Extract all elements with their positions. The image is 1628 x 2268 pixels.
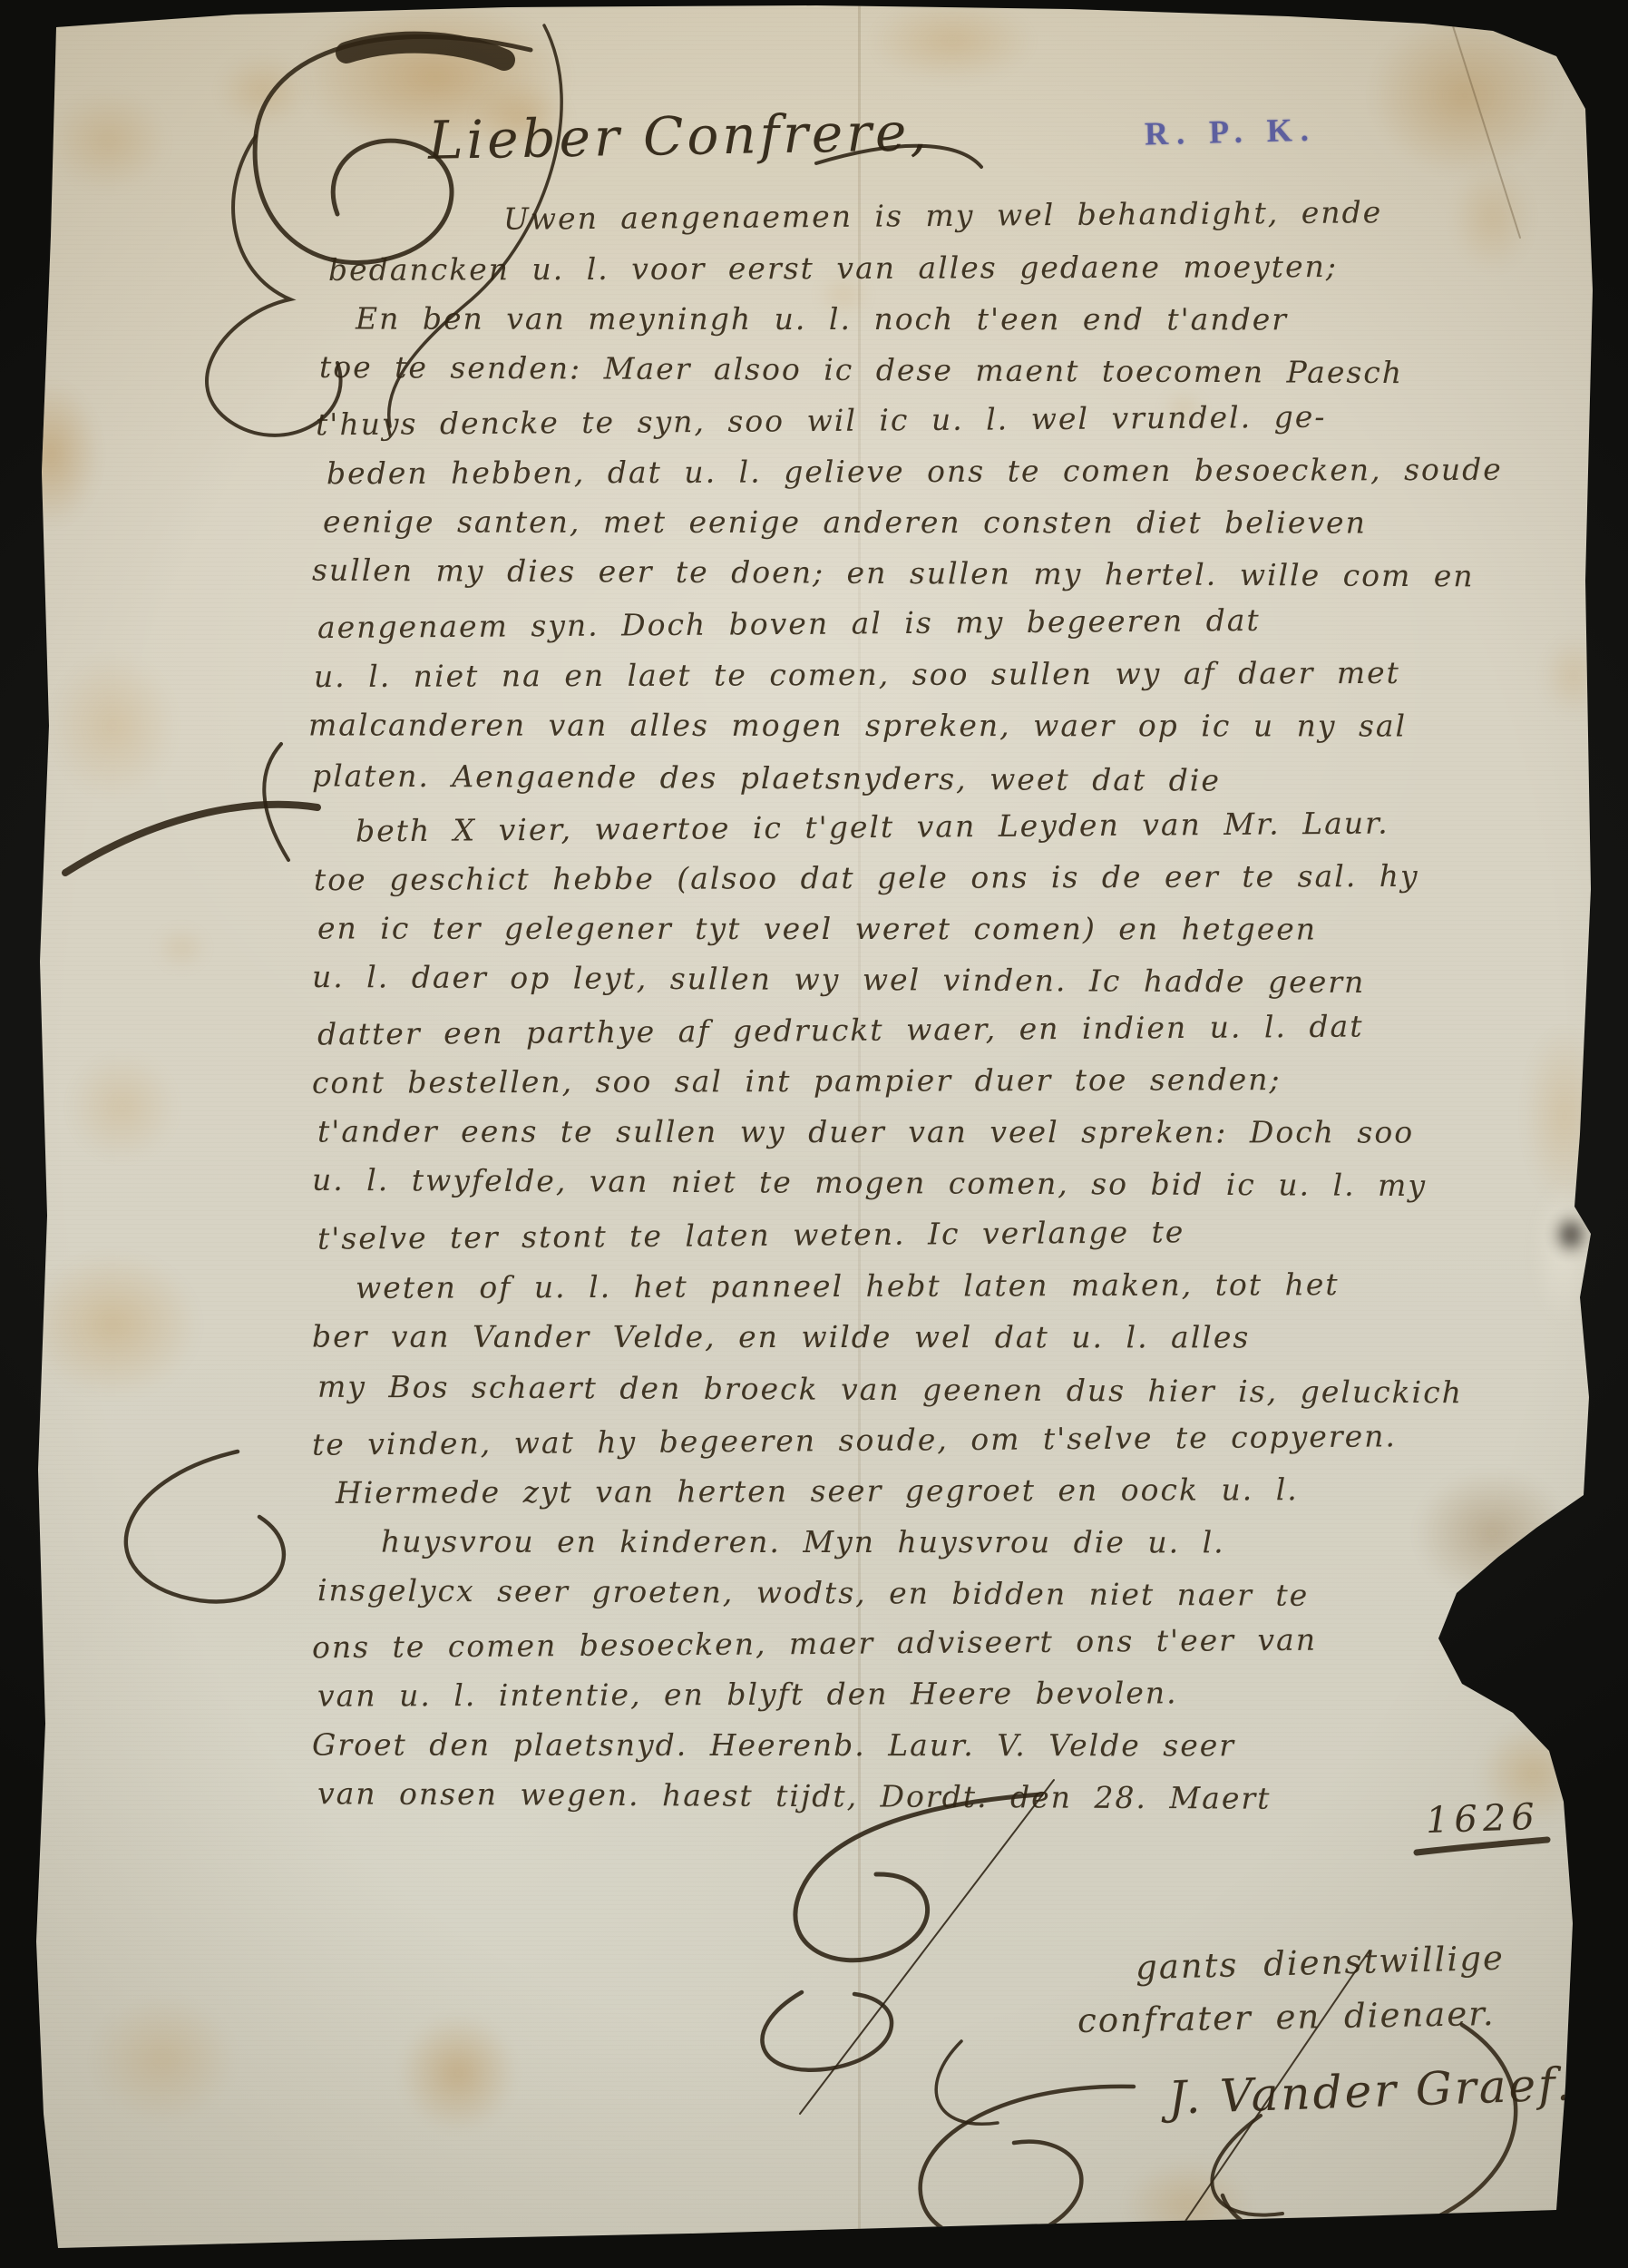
manuscript-line: huysvrou en kinderen. Myn huysvrou die u… — [381, 1524, 1225, 1560]
manuscript-line: t'ander eens te sullen wy duer van veel … — [317, 1113, 1414, 1149]
manuscript-line: weten of u. l. het panneel hebt laten ma… — [356, 1266, 1340, 1305]
manuscript-line: platen. Aengaende des plaetsnyders, weet… — [312, 758, 1221, 797]
manuscript-line: toe te senden: Maer alsoo ic dese maent … — [319, 349, 1403, 390]
manuscript-line: van u. l. intentie, en blyft den Heere b… — [317, 1675, 1178, 1713]
manuscript-line: datter een parthye af gedruckt waer, en … — [317, 1008, 1364, 1051]
paper-stain — [871, 0, 1034, 82]
paper-stain — [1415, 1470, 1569, 1597]
manuscript-line: ons te comen besoecken, maer adviseert o… — [312, 1622, 1317, 1666]
manuscript-line: beth X vier, waertoe ic t'gelt van Leyde… — [356, 806, 1389, 849]
manuscript-line: van onsen wegen. haest tijdt, Dordt. den… — [317, 1775, 1272, 1816]
manuscript-line: Uwen aengenaemen is my wel behandight, e… — [503, 194, 1383, 237]
letter-salutation: Lieber Confrere, — [427, 101, 931, 171]
manuscript-line: eenige santen, met eenige anderen conste… — [323, 503, 1367, 540]
paper-stain — [218, 54, 308, 127]
manuscript-line: t'huys dencke te syn, soo wil ic u. l. w… — [316, 399, 1327, 443]
paper-stain — [27, 1252, 200, 1397]
manuscript-line: aengenaem syn. Doch boven al is my begee… — [317, 602, 1261, 645]
letter-paper: Lieber Confrere, R. P. K. Uwen aengenaem… — [0, 0, 1628, 2268]
manuscript-line: u. l. niet na en laet te comen, soo sull… — [314, 655, 1400, 694]
manuscript-line: En ben van meyningh u. l. noch t'een end… — [356, 301, 1288, 337]
photograph-background: Lieber Confrere, R. P. K. Uwen aengenaem… — [0, 0, 1628, 2268]
year-underline — [1417, 1840, 1547, 1853]
paper-stain — [50, 653, 177, 798]
manuscript-line: sullen my dies eer te doen; en sullen my… — [312, 552, 1475, 594]
paper-stain — [1542, 635, 1605, 717]
manuscript-line: my Bos schaert den broeck van geenen dus… — [317, 1369, 1463, 1411]
manuscript-line: u. l. twyfelde, van niet te mogen comen,… — [312, 1162, 1427, 1203]
paper-stain — [50, 91, 168, 191]
manuscript-line: te vinden, wat hy begeeren soude, om t's… — [312, 1418, 1397, 1461]
closing-line-2: confrater en dienaer. — [1077, 1994, 1496, 2040]
collection-stamp: R. P. K. — [1144, 111, 1317, 153]
manuscript-line: Hiermede zyt van herten seer gegroet en … — [336, 1471, 1299, 1510]
corner-crease — [1448, 9, 1520, 238]
manuscript-line: Groet den plaetsnyd. Heerenb. Laur. V. V… — [312, 1727, 1235, 1764]
manuscript-line: malcanderen van alles mogen spreken, wae… — [308, 707, 1407, 743]
paper-stain — [1451, 163, 1533, 272]
manuscript-line: en ic ter gelegener tyt veel weret comen… — [317, 911, 1317, 947]
paper-stain — [154, 925, 209, 971]
paper-stain — [1524, 1025, 1605, 1207]
manuscript-line: cont bestellen, soo sal int pampier duer… — [312, 1061, 1282, 1100]
paper-stain — [1553, 1214, 1589, 1256]
paper-stain — [91, 1996, 236, 2123]
closing-line-1: gants dienstwillige — [1136, 1939, 1506, 1988]
manuscript-line: toe geschict hebbe (alsoo dat gele ons i… — [314, 858, 1419, 897]
manuscript-line: beden hebben, dat u. l. gelieve ons te c… — [327, 452, 1503, 492]
paper-stain — [1533, 1179, 1596, 1325]
paper-stain — [1370, 14, 1560, 177]
manuscript-line: u. l. daer op leyt, sullen wy wel vinden… — [312, 959, 1366, 1000]
paper-stain — [399, 2014, 517, 2132]
manuscript-line: t'selve ter stont te laten weten. Ic ver… — [317, 1214, 1185, 1256]
paper-stain — [0, 381, 100, 526]
paper-stain — [1125, 2159, 1252, 2250]
manuscript-line: bedancken u. l. voor eerst van alles ged… — [328, 249, 1338, 288]
letter-year: 1626 — [1425, 1796, 1540, 1842]
signature: J. Vander Graef. — [1167, 2058, 1574, 2125]
paper-stain — [68, 1052, 177, 1161]
manuscript-line: insgelycx seer groeten, wodts, en bidden… — [317, 1572, 1309, 1613]
manuscript-line: ber van Vander Velde, en wilde wel dat u… — [312, 1319, 1250, 1355]
